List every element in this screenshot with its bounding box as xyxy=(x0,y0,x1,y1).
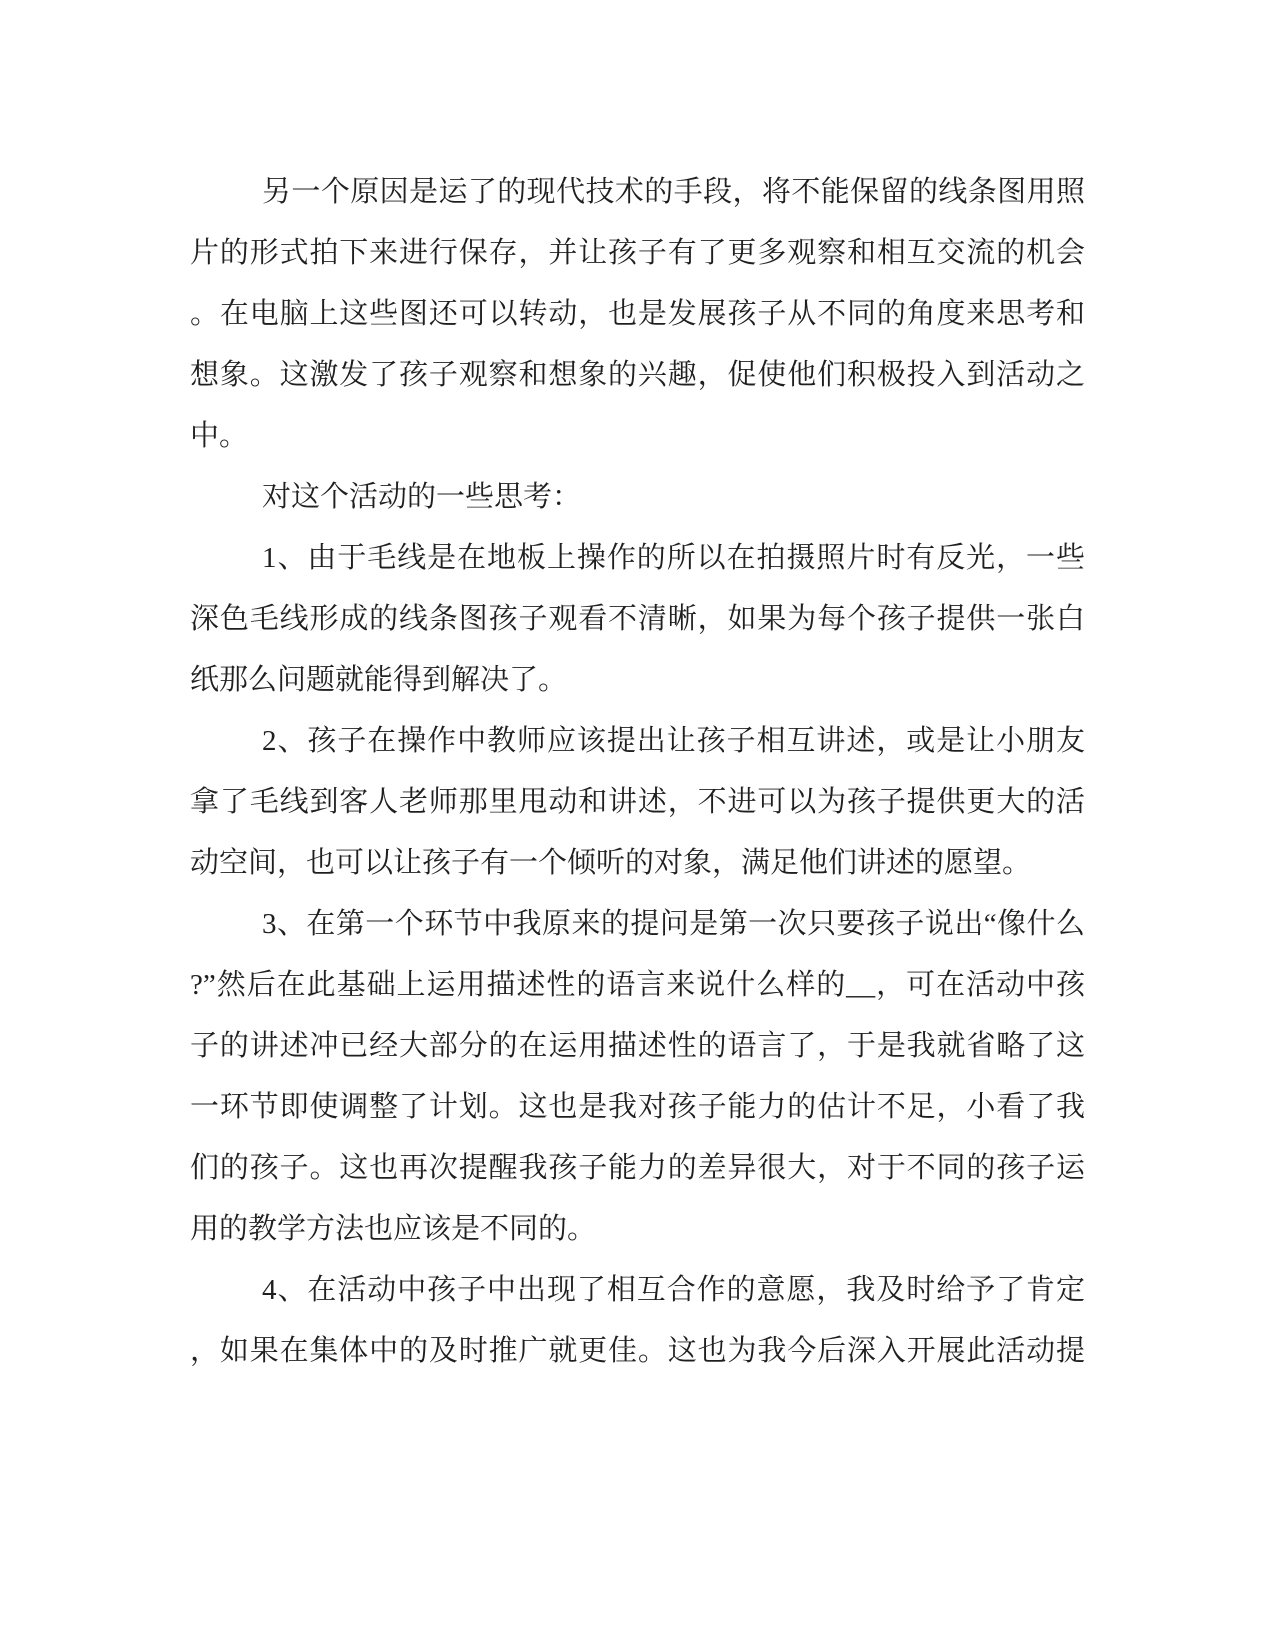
text-line: 对这个活动的一些思考： xyxy=(190,467,1085,528)
text-line: 4、在活动中孩子中出现了相互合作的意愿，我及时给予了肯定 xyxy=(190,1260,1085,1321)
text-line: 用的教学方法也应该是不同的。 xyxy=(190,1199,1085,1260)
text-line: 。在电脑上这些图还可以转动，也是发展孩子从不同的角度来思考和 xyxy=(190,284,1085,345)
text-line: 2、孩子在操作中教师应该提出让孩子相互讲述，或是让小朋友 xyxy=(190,711,1085,772)
paragraph: 4、在活动中孩子中出现了相互合作的意愿，我及时给予了肯定 ，如果在集体中的及时推… xyxy=(190,1260,1085,1382)
text-line: 另一个原因是运了的现代技术的手段，将不能保留的线条图用照 xyxy=(190,162,1085,223)
paragraph: 2、孩子在操作中教师应该提出让孩子相互讲述，或是让小朋友 拿了毛线到客人老师那里… xyxy=(190,711,1085,894)
text-line: 3、在第一个环节中我原来的提问是第一次只要孩子说出“像什么 xyxy=(190,894,1085,955)
text-line: 一环节即使调整了计划。这也是我对孩子能力的估计不足，小看了我 xyxy=(190,1077,1085,1138)
text-line: ，如果在集体中的及时推广就更佳。这也为我今后深入开展此活动提 xyxy=(190,1321,1085,1382)
paragraph: 对这个活动的一些思考： xyxy=(190,467,1085,528)
text-line: 纸那么问题就能得到解决了。 xyxy=(190,650,1085,711)
text-line: 片的形式拍下来进行保存，并让孩子有了更多观察和相互交流的机会 xyxy=(190,223,1085,284)
text-line: 中。 xyxy=(190,406,1085,467)
text-line: 子的讲述冲已经大部分的在运用描述性的语言了，于是我就省略了这 xyxy=(190,1016,1085,1077)
text-line: 动空间，也可以让孩子有一个倾听的对象，满足他们讲述的愿望。 xyxy=(190,833,1085,894)
text-line: 想象。这激发了孩子观察和想象的兴趣，促使他们积极投入到活动之 xyxy=(190,345,1085,406)
paragraph: 另一个原因是运了的现代技术的手段，将不能保留的线条图用照 片的形式拍下来进行保存… xyxy=(190,162,1085,467)
document-page: 另一个原因是运了的现代技术的手段，将不能保留的线条图用照 片的形式拍下来进行保存… xyxy=(0,0,1275,1650)
text-line: 拿了毛线到客人老师那里甩动和讲述，不进可以为孩子提供更大的活 xyxy=(190,772,1085,833)
text-line: 深色毛线形成的线条图孩子观看不清晰，如果为每个孩子提供一张白 xyxy=(190,589,1085,650)
text-line: ?”然后在此基础上运用描述性的语言来说什么样的__，可在活动中孩 xyxy=(190,955,1085,1016)
text-line: 们的孩子。这也再次提醒我孩子能力的差异很大，对于不同的孩子运 xyxy=(190,1138,1085,1199)
paragraph: 1、由于毛线是在地板上操作的所以在拍摄照片时有反光，一些 深色毛线形成的线条图孩… xyxy=(190,528,1085,711)
paragraph: 3、在第一个环节中我原来的提问是第一次只要孩子说出“像什么 ?”然后在此基础上运… xyxy=(190,894,1085,1260)
text-line: 1、由于毛线是在地板上操作的所以在拍摄照片时有反光，一些 xyxy=(190,528,1085,589)
